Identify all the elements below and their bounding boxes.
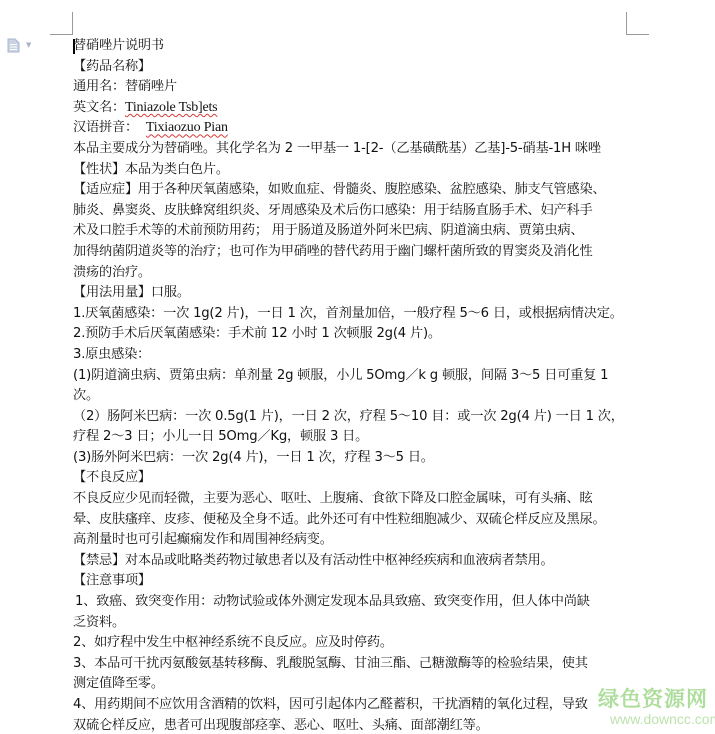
misspelled-word: Tixiaozuo Pian (146, 120, 228, 135)
paragraph: 【性状】本品为类白色片。 (73, 160, 633, 181)
document-page[interactable]: ▼ 替硝唑片说明书 【药品名称】 通用名：替硝唑片 英文名：Tiniazole … (0, 0, 715, 734)
paragraph: （2）肠阿米巴病：一次 0.5g(1 片)，一日 2 次，疗程 5～10 目：或… (73, 407, 633, 428)
label: 汉语拼音： (73, 120, 138, 135)
paragraph: 1.厌氧菌感染：一次 1g(2 片)，一日 1 次，首剂量加倍，一般疗程 5～6… (73, 304, 633, 325)
paragraph: 肺炎、鼻窦炎、皮肤蜂窝组织炎、牙周感染及术后伤口感染：用于结肠直肠手术、妇产科手 (73, 201, 633, 222)
paragraph: 测定值降至零。 (73, 674, 633, 695)
paragraph: 通用名：替硝唑片 (73, 77, 633, 98)
paragraph: 高剂量时也可引起癫痫发作和周围神经病变。 (73, 530, 633, 551)
section-heading: 【注意事项】 (73, 571, 633, 592)
paragraph: 英文名：Tiniazole Tsb]ets (73, 98, 633, 119)
crop-mark-top-right (626, 34, 649, 35)
paragraph: 4、用药期间不应饮用含酒精的饮料，因可引起体内乙醛蓄积，干扰酒精的氧化过程，导致 (73, 695, 633, 716)
crop-mark-top-left (72, 12, 73, 35)
section-heading: 【用法用量】口服。 (73, 283, 633, 304)
paragraph: 疗程 2～3 日；小儿一日 5Omg／Kg，顿服 3 日。 (73, 427, 633, 448)
section-heading: 【药品名称】 (73, 57, 633, 78)
paragraph: 1、致癌、致突变作用：动物试验或体外测定发现本品具致癌、致突变作用，但人体中尚缺 (73, 592, 633, 613)
document-title: 替硝唑片说明书 (73, 36, 633, 57)
paragraph: 汉语拼音： Tixiaozuo Pian (73, 118, 633, 139)
paste-options-icon[interactable] (7, 38, 20, 53)
crop-mark-top-right (626, 12, 627, 35)
label: 英文名： (73, 100, 125, 115)
paragraph: 双硫仑样反应，患者可出现腹部痉挛、恶心、呕吐、头痛、面部潮红等。 (73, 716, 633, 734)
section-heading: 【不良反应】 (73, 468, 633, 489)
document-body[interactable]: 替硝唑片说明书 【药品名称】 通用名：替硝唑片 英文名：Tiniazole Ts… (73, 36, 633, 734)
paragraph: 不良反应少见而轻微，主要为恶心、呕吐、上腹痛、食欲下降及口腔金属味，可有头痛、眩 (73, 489, 633, 510)
paragraph: 术及口腔手术等的术前预防用药； 用于肠道及肠道外阿米巴病、阴道滴虫病、贾第虫病、 (73, 221, 633, 242)
paragraph: 乏资料。 (73, 613, 633, 634)
paragraph: 2、如疗程中发生中枢神经系统不良反应。应及时停药。 (73, 633, 633, 654)
paragraph: 3.原虫感染： (73, 345, 633, 366)
paragraph: 2.预防手术后厌氧菌感染：手术前 12 小时 1 次顿服 2g(4 片)。 (73, 324, 633, 345)
paragraph: 【适应症】用于各种厌氧菌感染，如败血症、骨髓炎、腹腔感染、盆腔感染、肺支气管感染… (73, 180, 633, 201)
paragraph: (1)阴道滴虫病、贾第虫病：单剂量 2g 顿服，小儿 5Omg／k g 顿服，间… (73, 366, 633, 387)
paragraph: 加得纳菌阴道炎等的治疗；也可作为甲硝唑的替代药用于幽门螺杆菌所致的胃窦炎及消化性 (73, 242, 633, 263)
paragraph: 次。 (73, 386, 633, 407)
paragraph: 【禁忌】对本品或吡略类药物过敏患者以及有活动性中枢神经疾病和血液病者禁用。 (73, 551, 633, 572)
misspelled-word: Tiniazole Tsb]ets (125, 100, 217, 115)
paragraph: 3、本品可干扰丙氨酸氨基转移酶、乳酸脱氢酶、甘油三酯、己糖激酶等的检验结果，使其 (73, 654, 633, 675)
paragraph: 溃疡的治疗。 (73, 263, 633, 284)
paragraph: 晕、皮肤瘙痒、皮疹、便秘及全身不适。此外还可有中性粒细胞减少、双硫仑样反应及黑尿… (73, 510, 633, 531)
crop-mark-top-left (50, 34, 73, 35)
paragraph: (3)肠外阿米巴病：一次 2g(4 片)，一日 1 次，疗程 3～5 日。 (73, 448, 633, 469)
paragraph: 本品主要成分为替硝唑。其化学名为 2 一甲基一 1-[2-（乙基磺酰基）乙基]-… (73, 139, 633, 160)
chevron-down-icon[interactable]: ▼ (26, 41, 31, 49)
